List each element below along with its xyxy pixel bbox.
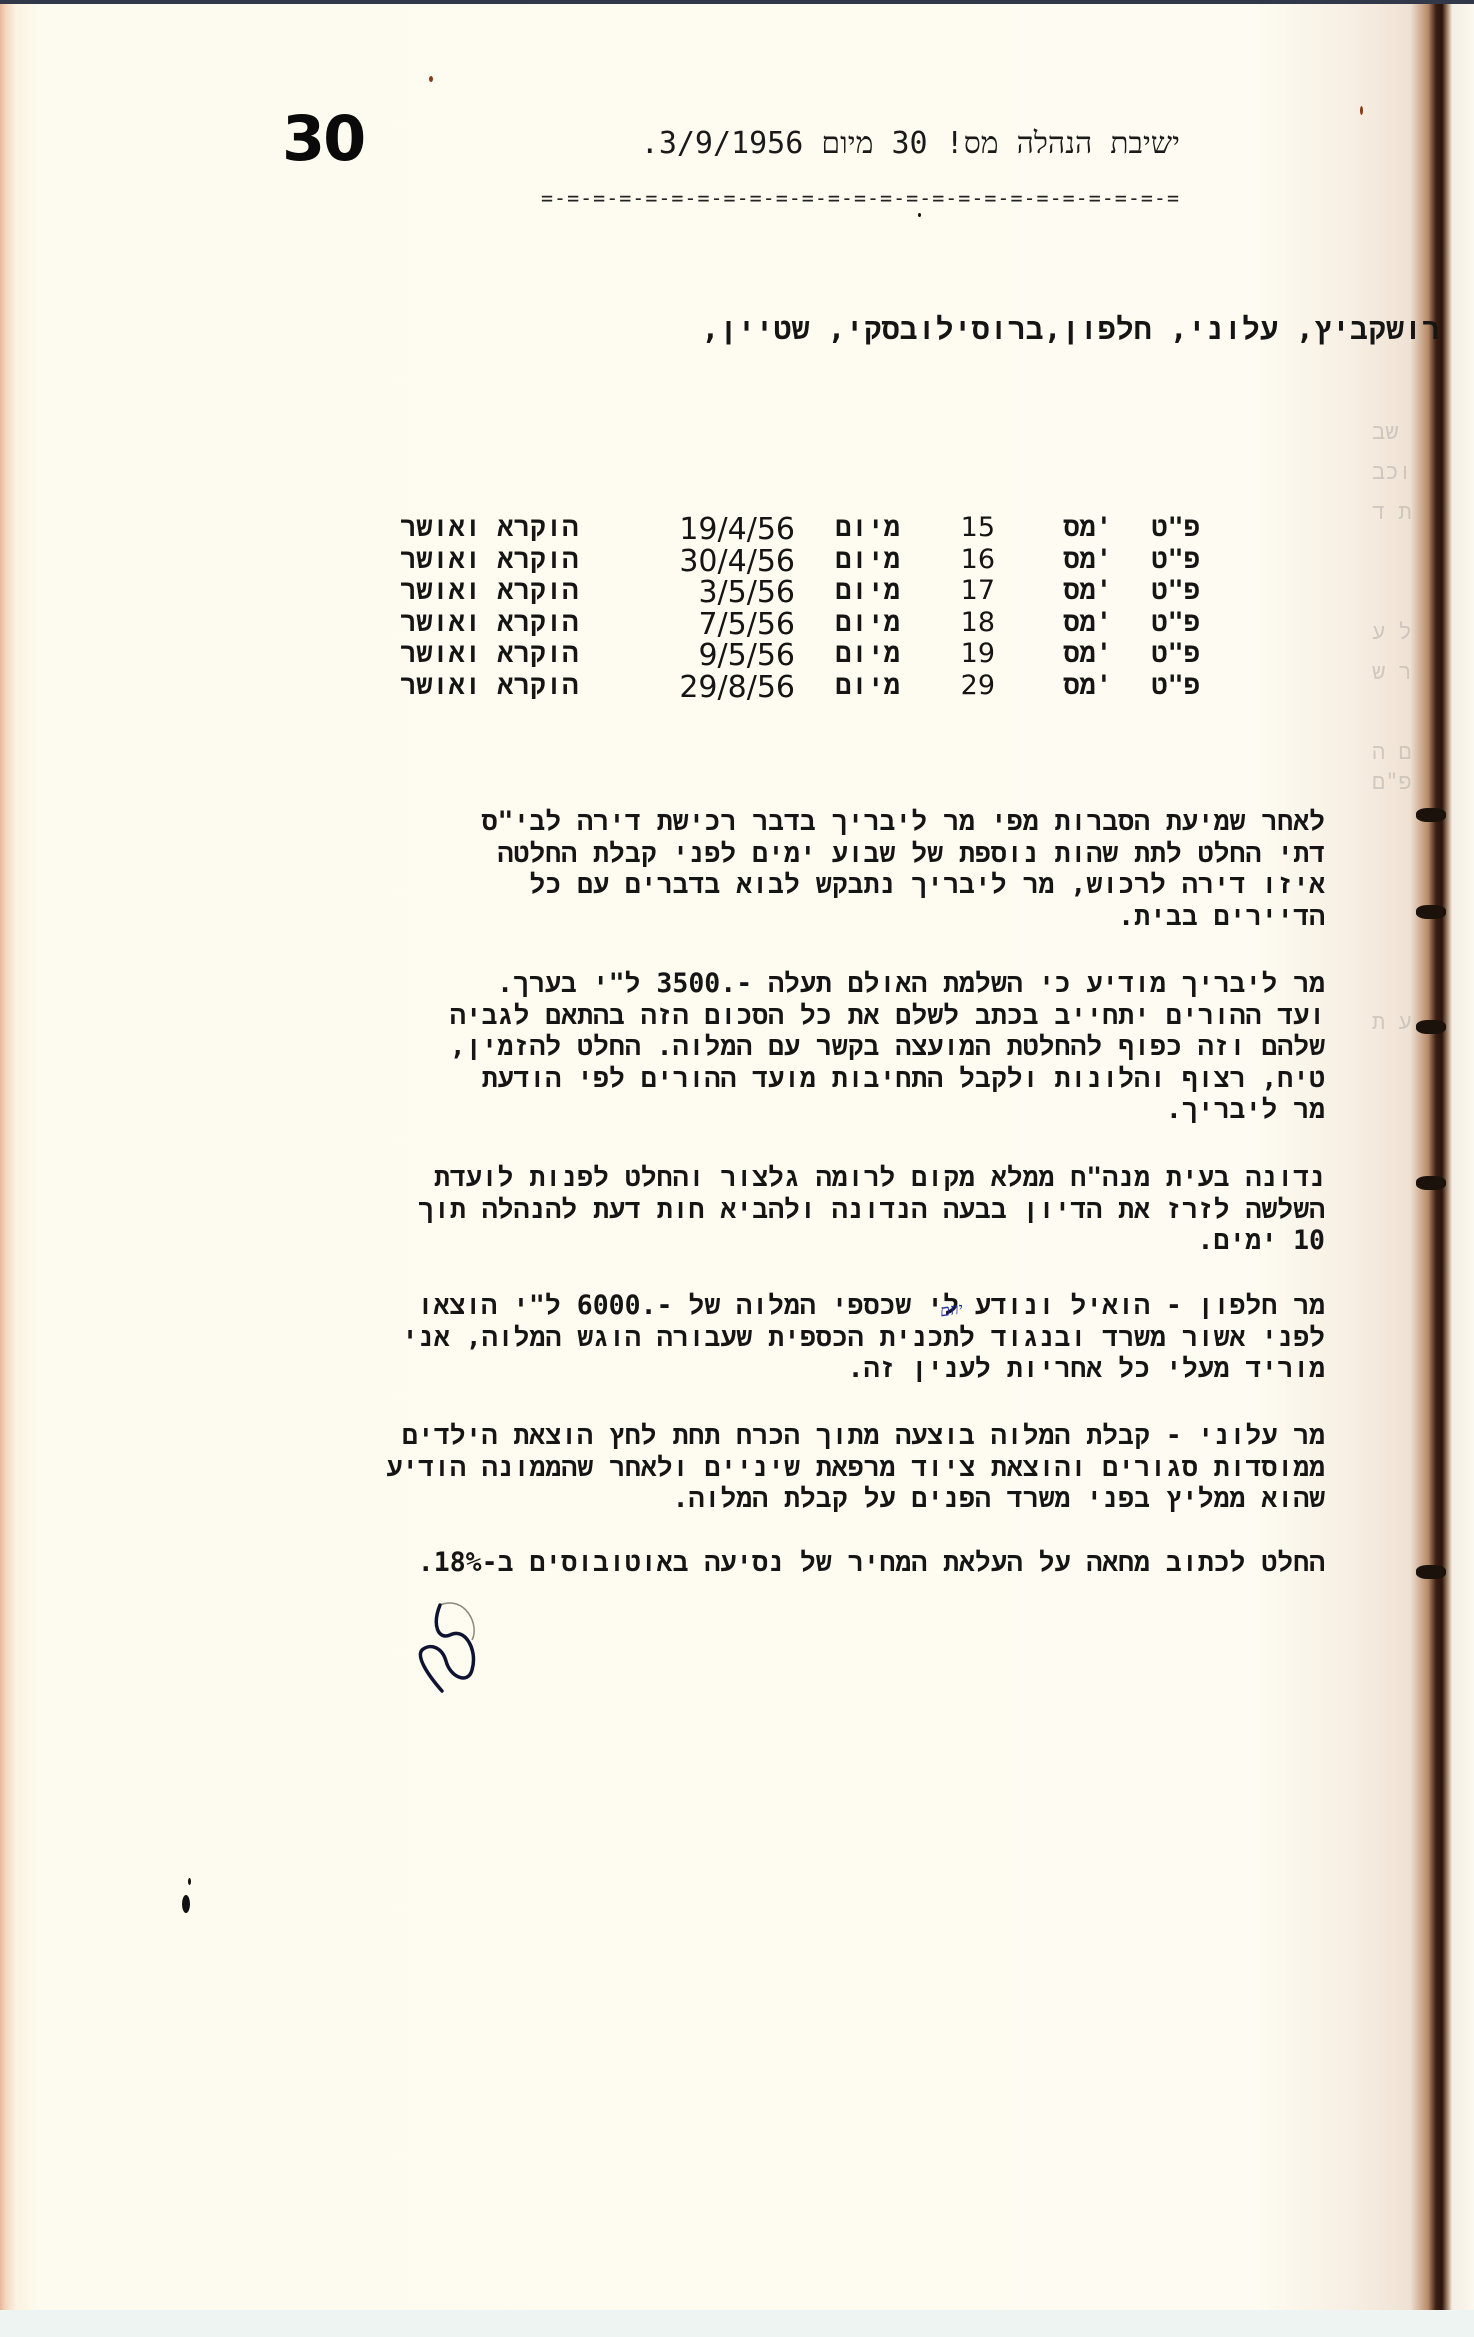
minutes-from: מיום [835,638,900,671]
minutes-date: 19/4/56 [679,512,795,547]
bleed-fragment: שב [1372,420,1428,446]
minutes-number: 29 [961,670,995,701]
minutes-prefix: פ"ט [1151,638,1200,671]
signature-initials [410,1595,500,1705]
minutes-date: 7/5/56 [698,607,795,642]
minutes-prefix: פ"ט [1151,575,1200,608]
ink-spot [182,1895,190,1913]
paragraph-line: מר חלפון - הואיל ונודע לי שכספי המלוה של… [260,1290,1325,1322]
minutes-from: מיום [835,607,900,640]
paragraph-line: לפני אשור משרד ובנגוד לתכנית הכספית שעבו… [260,1322,1325,1354]
paragraph-line: החלט לכתוב מחאה על העלאת המחיר של נסיעה … [260,1547,1325,1579]
title-underline: =-=-=-=-=-=-=-=-=-=-=-=-=-=-=-=-=-=-=-=-… [530,186,1180,210]
ink-spot [1360,106,1363,115]
paragraph-line: מוריד מעלי כל אחריות לענין זה. [260,1353,1325,1385]
minutes-from: מיום [835,544,900,577]
attendees-list: רושקביץ, עלוני, חלפון,ברוסילובסקי, שטיין… [620,312,1440,349]
paragraph-line: דתי החלט לתת שהות נוספת של שבוע ימים לפנ… [260,838,1325,870]
minutes-label: מס' [1063,670,1112,703]
minutes-number: 15 [961,512,995,543]
minutes-from: מיום [835,670,900,703]
minutes-label: מס' [1063,638,1112,671]
binding-mark [1416,808,1446,822]
paragraph-line: שהוא ממליץ בפני משרד הפנים על קבלת המלוה… [260,1483,1325,1515]
paragraph-line: 10 ימים. [260,1225,1325,1257]
minutes-date: 30/4/56 [679,544,795,579]
minutes-label: מס' [1063,575,1112,608]
minutes-status: הוקרא ואושר [400,638,578,671]
bleed-fragment: ת ד [1372,500,1428,526]
minutes-status: הוקרא ואושר [400,575,578,608]
bleed-fragment: ר ש [1372,660,1428,686]
minutes-number: 18 [961,607,995,638]
bleed-fragment: פ"ם [1372,770,1428,796]
scan-bottom-edge [0,2310,1474,2337]
minutes-prefix: פ"ט [1151,607,1200,640]
minutes-status: הוקרא ואושר [400,512,578,545]
minutes-prefix: פ"ט [1151,670,1200,703]
paragraph-line: ועד ההורים יתחייב בכתב לשלם את כל הסכום … [260,1000,1325,1032]
bleed-fragment: ם ה [1372,740,1428,766]
minutes-from: מיום [835,575,900,608]
paragraph-line: מר עלוני - קבלת המלוה בוצעה מתוך הכרח תח… [260,1420,1325,1452]
paragraph-accountant-replacement: נדונה בעית מנה"ח ממלא מקום לרומה גלצור ו… [260,1162,1325,1257]
minutes-row: פ"טמס'15מיום19/4/56הוקרא ואושר [400,512,1200,544]
ink-spot [429,76,433,82]
minutes-status: הוקרא ואושר [400,544,578,577]
paragraph-hall-completion: מר ליבריך מודיע כי השלמת האולם תעלה -.35… [260,968,1325,1126]
minutes-label: מס' [1063,512,1112,545]
handwritten-page-number: 30 [282,102,364,175]
minutes-from: מיום [835,512,900,545]
handwritten-annotation: יוזם [939,1299,964,1322]
binding-mark [1416,1176,1446,1190]
minutes-date: 29/8/56 [679,670,795,705]
minutes-number: 16 [961,544,995,575]
minutes-number: 17 [961,575,995,606]
paragraph-line: טיח, רצוף והלונות ולקבל התחיבות מועד ההו… [260,1063,1325,1095]
ink-spot [918,213,921,217]
minutes-label: מס' [1063,607,1112,640]
paragraph-line: מר ליבריך מודיע כי השלמת האולם תעלה -.35… [260,968,1325,1000]
minutes-row: פ"טמס'16מיום30/4/56הוקרא ואושר [400,544,1200,576]
bleed-fragment: ל ע [1372,620,1428,646]
minutes-prefix: פ"ט [1151,512,1200,545]
minutes-prefix: פ"ט [1151,544,1200,577]
scan-top-edge [0,0,1474,4]
paragraph-line: נדונה בעית מנה"ח ממלא מקום לרומה גלצור ו… [260,1162,1325,1194]
paragraph-line: שלהם וזה כפוף להחלטת המועצה בקשר עם המלו… [260,1031,1325,1063]
paragraph-line: הדיירים בבית. [260,901,1325,933]
paragraph-line: מר ליבריך. [260,1094,1325,1126]
minutes-date: 9/5/56 [698,638,795,673]
paragraph-chalfon-statement: מר חלפון - הואיל ונודע לי שכספי המלוה של… [260,1290,1325,1385]
minutes-status: הוקרא ואושר [400,670,578,703]
minutes-row: פ"טמס'29מיום29/8/56הוקרא ואושר [400,670,1200,702]
minutes-number: 19 [961,638,995,669]
minutes-date: 3/5/56 [698,575,795,610]
paragraph-apartment-purchase: לאחר שמיעת הסברות מפי מר ליבריך בדבר רכי… [260,806,1325,932]
minutes-approval-table: פ"טמס'15מיום19/4/56הוקרא ואושרפ"טמס'16מי… [400,512,1200,701]
minutes-row: פ"טמס'17מיום3/5/56הוקרא ואושר [400,575,1200,607]
bleed-fragment: וכב [1372,460,1428,486]
minutes-row: פ"טמס'19מיום9/5/56הוקרא ואושר [400,638,1200,670]
minutes-label: מס' [1063,544,1112,577]
binding-mark [1416,905,1446,919]
minutes-row: פ"טמס'18מיום7/5/56הוקרא ואושר [400,607,1200,639]
paragraph-line: איזו דירה לרכוש, מר ליבריך נתבקש לבוא בד… [260,869,1325,901]
paragraph-line: ממוסדות סגורים והוצאת ציוד מרפאת שיניים … [260,1452,1325,1484]
document-title: ישיבת הנהלה מס! 30 מיום 3/9/1956. [520,126,1180,161]
paragraph-aloni-response: מר עלוני - קבלת המלוה בוצעה מתוך הכרח תח… [260,1420,1325,1515]
binding-mark [1416,1020,1446,1034]
minutes-status: הוקרא ואושר [400,607,578,640]
binding-mark [1416,1565,1446,1579]
paragraph-line: לאחר שמיעת הסברות מפי מר ליבריך בדבר רכי… [260,806,1325,838]
paragraph-bus-fare-protest: החלט לכתוב מחאה על העלאת המחיר של נסיעה … [260,1547,1325,1579]
ink-spot [188,1878,191,1885]
paragraph-line: השלשה לזרז את הדיון בבעה הנדונה ולהביא ח… [260,1194,1325,1226]
